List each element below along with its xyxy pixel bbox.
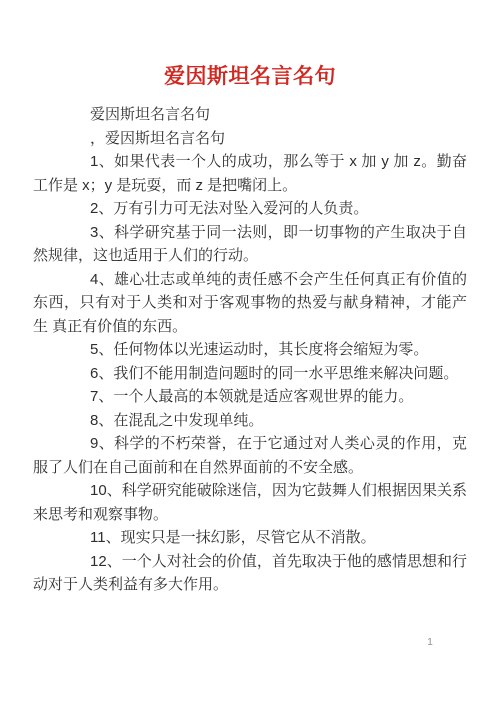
quote-item-7: 7、一个人最高的本领就是适应客观世界的能力。	[33, 385, 467, 409]
quote-item-10: 10、科学研究能破除迷信，因为它鼓舞人们根据因果关系来思考和观察事物。	[33, 479, 467, 526]
document-title: 爱因斯坦名言名句	[33, 66, 467, 88]
document-page: 爱因斯坦名言名句 爱因斯坦名言名句 ，爱因斯坦名言名句 1、如果代表一个人的成功…	[0, 0, 500, 707]
quote-item-5: 5、任何物体以光速运动时，其长度将会缩短为零。	[33, 338, 467, 362]
quote-item-11: 11、现实只是一抹幻影，尽管它从不消散。	[33, 526, 467, 550]
document-body: 爱因斯坦名言名句 ，爱因斯坦名言名句 1、如果代表一个人的成功，那么等于 x 加…	[33, 103, 467, 597]
quote-item-1: 1、如果代表一个人的成功，那么等于 x 加 y 加 z。勤奋工作是 x；y 是玩…	[33, 150, 467, 197]
quote-item-9: 9、科学的不朽荣誉，在于它通过对人类心灵的作用，克服了人们在自己面前和在自然界面…	[33, 432, 467, 479]
intro-line-1: 爱因斯坦名言名句	[33, 103, 467, 127]
quote-item-3: 3、科学研究基于同一法则，即一切事物的产生取决于自然规律，这也适用于人们的行动。	[33, 221, 467, 268]
quote-item-8: 8、在混乱之中发现单纯。	[33, 409, 467, 433]
quote-item-2: 2、万有引力可无法对坠入爱河的人负责。	[33, 197, 467, 221]
quote-item-12: 12、一个人对社会的价值，首先取决于他的感情思想和行动对于人类利益有多大作用。	[33, 550, 467, 597]
page-number: 1	[420, 636, 440, 650]
quote-item-4: 4、雄心壮志或单纯的责任感不会产生任何真正有价值的东西，只有对于人类和对于客观事…	[33, 268, 467, 339]
quote-item-6: 6、我们不能用制造问题时的同一水平思维来解决问题。	[33, 362, 467, 386]
intro-line-2: ，爱因斯坦名言名句	[33, 127, 467, 151]
